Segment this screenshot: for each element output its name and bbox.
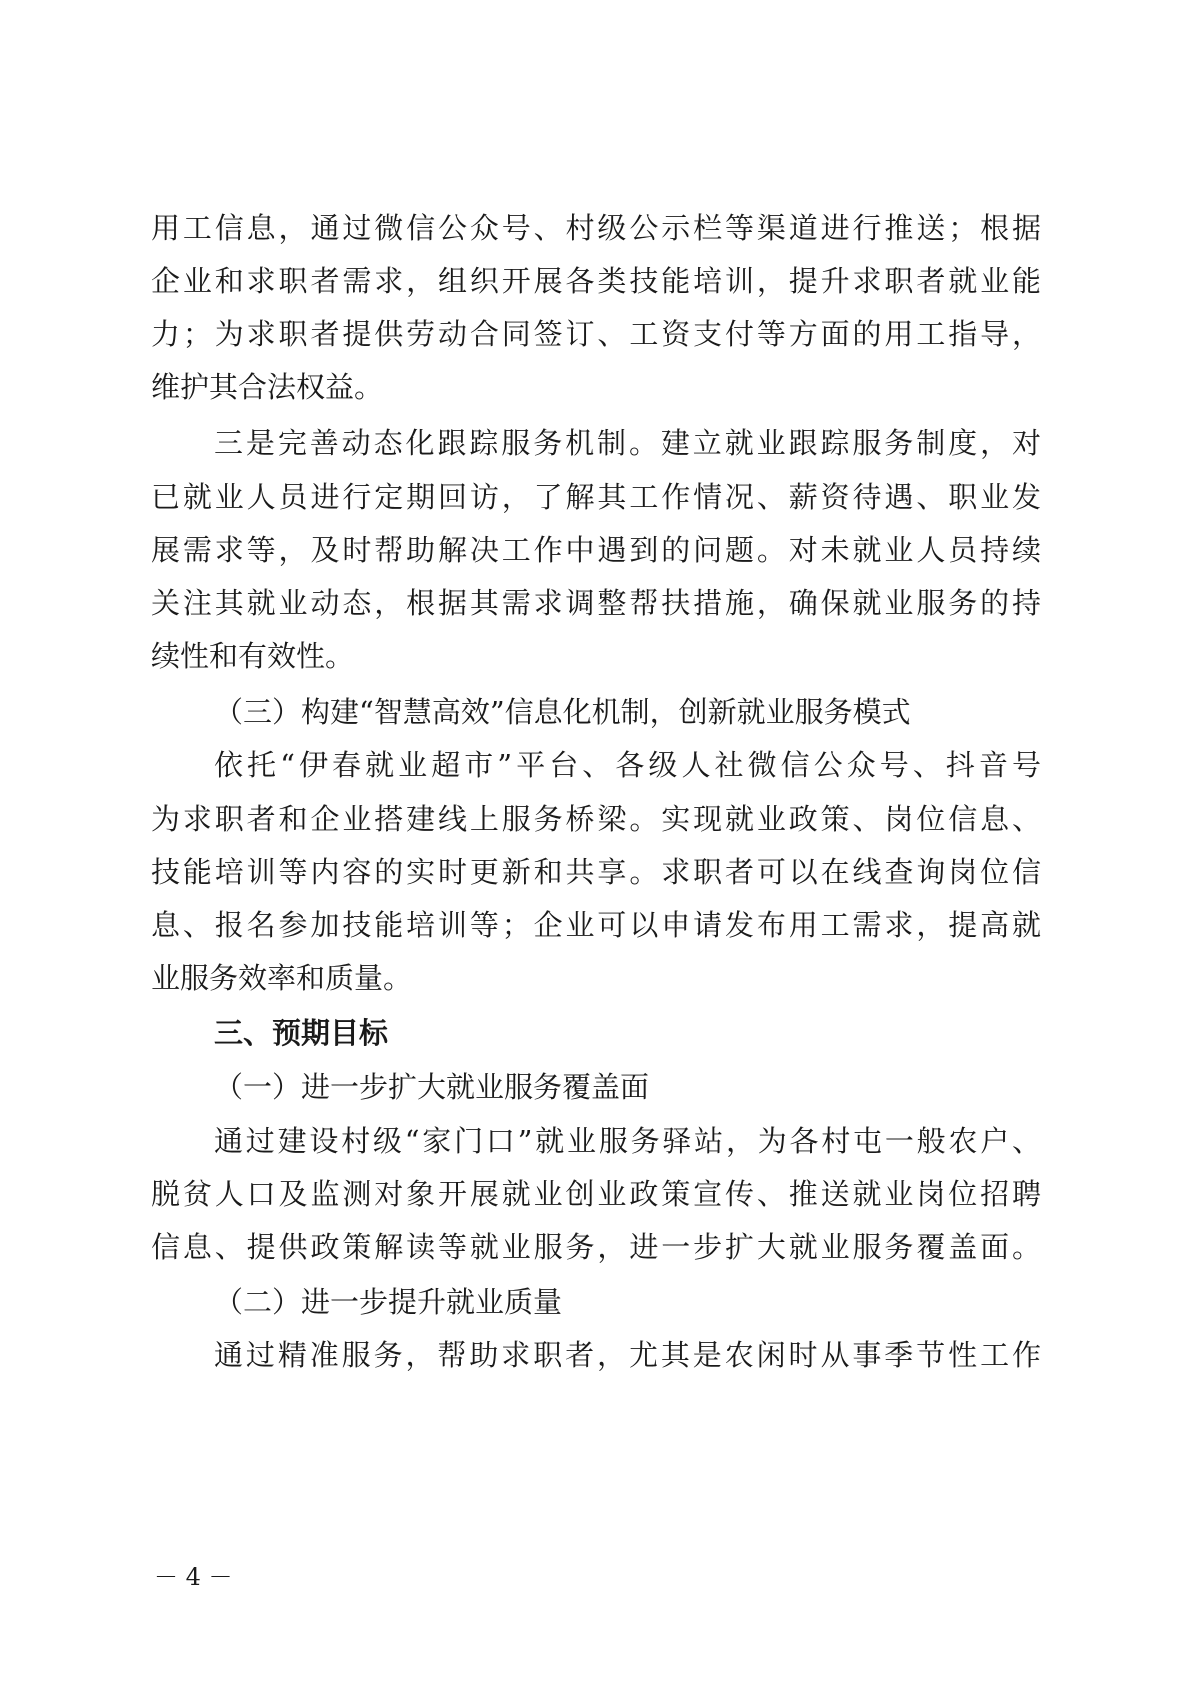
document-page: 用工信息，通过微信公众号、村级公示栏等渠道进行推送；根据 企业和求职者需求，组织… <box>0 0 1191 1684</box>
body-line: 技能培训等内容的实时更新和共享。求职者可以在线查询岗位信 <box>151 848 1041 896</box>
body-line: 为求职者和企业搭建线上服务桥梁。实现就业政策、岗位信息、 <box>151 795 1041 843</box>
body-line: 业服务效率和质量。 <box>151 954 1041 1002</box>
body-line: 信息、提供政策解读等就业服务，进一步扩大就业服务覆盖面。 <box>151 1223 1041 1271</box>
body-line: 展需求等，及时帮助解决工作中遇到的问题。对未就业人员持续 <box>151 526 1041 574</box>
subsection-heading: （三）构建“智慧高效”信息化机制，创新就业服务模式 <box>214 688 1041 736</box>
section-heading: 三、预期目标 <box>214 1009 1041 1057</box>
body-line: 续性和有效性。 <box>151 632 1041 680</box>
body-line: 脱贫人口及监测对象开展就业创业政策宣传、推送就业岗位招聘 <box>151 1170 1041 1218</box>
body-line: 力；为求职者提供劳动合同签订、工资支付等方面的用工指导， <box>151 310 1041 358</box>
body-line: 维护其合法权益。 <box>151 363 1041 411</box>
body-line: 关注其就业动态，根据其需求调整帮扶措施，确保就业服务的持 <box>151 579 1041 627</box>
paragraph-start-line: 通过精准服务，帮助求职者，尤其是农闲时从事季节性工作 <box>214 1331 1041 1379</box>
body-line: 用工信息，通过微信公众号、村级公示栏等渠道进行推送；根据 <box>151 204 1041 252</box>
paragraph-start-line: 依托“伊春就业超市”平台、各级人社微信公众号、抖音号 <box>214 741 1041 789</box>
body-line: 已就业人员进行定期回访，了解其工作情况、薪资待遇、职业发 <box>151 473 1041 521</box>
body-line: 息、报名参加技能培训等；企业可以申请发布用工需求，提高就 <box>151 901 1041 949</box>
paragraph-start-line: 三是完善动态化跟踪服务机制。建立就业跟踪服务制度，对 <box>214 419 1041 467</box>
paragraph-start-line: 通过建设村级“家门口”就业服务驿站，为各村屯一般农户、 <box>214 1117 1041 1165</box>
body-line: 企业和求职者需求，组织开展各类技能培训，提升求职者就业能 <box>151 257 1041 305</box>
subsection-heading: （二）进一步提升就业质量 <box>214 1278 1041 1326</box>
page-number: － 4 － <box>154 1561 233 1593</box>
subsection-heading: （一）进一步扩大就业服务覆盖面 <box>214 1063 1041 1111</box>
